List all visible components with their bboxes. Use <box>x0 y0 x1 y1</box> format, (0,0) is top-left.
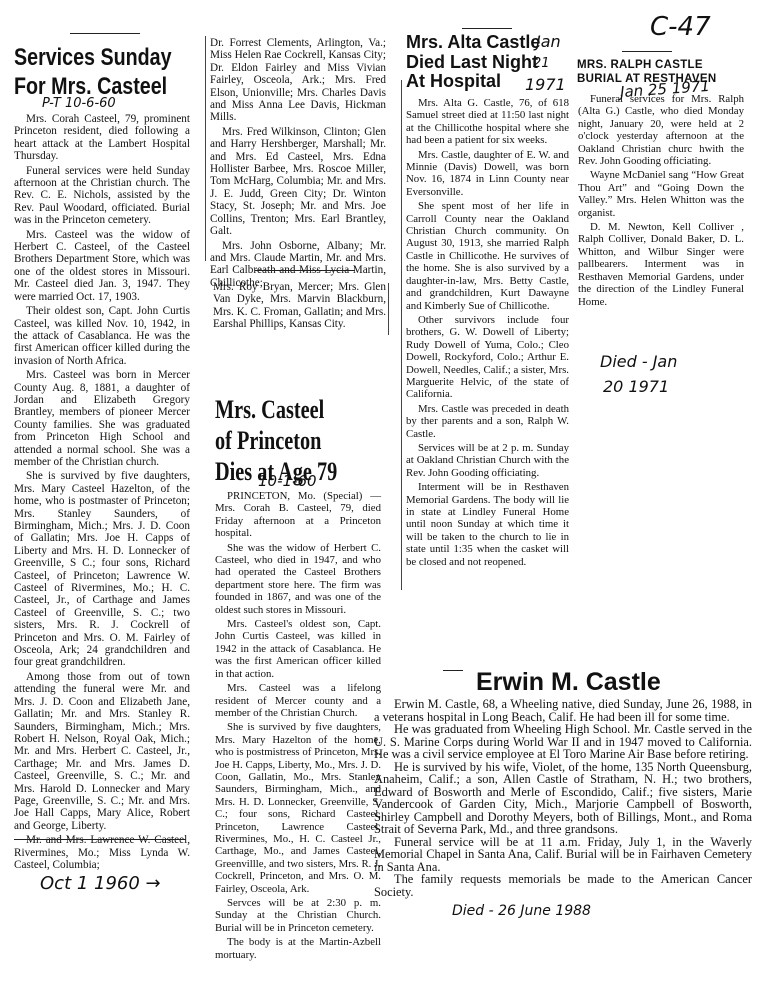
divider-rule <box>14 839 186 840</box>
article-body-erwin-castle: Erwin M. Castle, 68, a Wheeling native, … <box>374 698 752 898</box>
divider-rule <box>622 51 672 52</box>
paragraph: Mrs. Corah Casteel, 79, prominent Prince… <box>14 113 190 163</box>
page-label-handwritten: C-47 <box>650 12 711 42</box>
paragraph: Mrs. Alta G. Castle, 76, of 618 Samuel s… <box>406 97 569 147</box>
paragraph: D. M. Newton, Kell Colliver , Ralph Coll… <box>578 221 744 308</box>
article-body-services-sunday: Mrs. Corah Casteel, 79, prominent Prince… <box>14 113 190 871</box>
paragraph: She is survived by five daughters, Mrs. … <box>14 470 190 669</box>
paragraph: Mrs. Casteel's oldest son, Capt. John Cu… <box>215 618 381 680</box>
paragraph: Wayne McDaniel sang “How Great Thou Art”… <box>578 169 744 219</box>
paragraph: Funeral services were held Sunday aftern… <box>14 165 190 227</box>
paragraph: Interment will be in Resthaven Memorial … <box>406 481 569 568</box>
headline-services-sunday: Services Sunday For Mrs. Casteel <box>14 43 170 101</box>
article-body-final: Mrs. Roy Bryan, Mercer; Mrs. Glen Van Dy… <box>213 281 386 333</box>
paragraph: Mrs. Fred Wilkinson, Clinton; Glen and H… <box>210 126 386 238</box>
paragraph: Services will be at 2 p. m. Sunday at Oa… <box>406 442 569 479</box>
article-body-ralph-castle-burial: Funeral services for Mrs. Ralph (Alta G.… <box>578 93 744 310</box>
divider-rule <box>443 670 463 671</box>
handwritten-date: 10-1-60 <box>258 472 317 490</box>
paragraph: She was the widow of Herbert C. Casteel,… <box>215 542 381 616</box>
headline-line: At Hospital <box>406 72 540 92</box>
handwritten-death-note: 20 1971 <box>603 377 669 396</box>
paragraph: The body is at the Martin-Azbell mortuar… <box>215 936 381 961</box>
headline-line: of Princeton <box>215 425 337 456</box>
article-body-continued: Dr. Forrest Clements, Arlington, Va.; Mi… <box>210 37 386 291</box>
paragraph: Funeral service will be at 11 a.m. Frida… <box>374 836 752 874</box>
paragraph: Mrs. Castle was preceded in death by the… <box>406 403 569 440</box>
paragraph: He was graduated from Wheeling High Scho… <box>374 723 752 761</box>
handwritten-death-note: Died - Jan <box>600 352 677 371</box>
paragraph: Servces will be at 2:30 p. m. Sunday at … <box>215 897 381 934</box>
column-rule <box>401 80 402 590</box>
article-body-alta-castle: Mrs. Alta G. Castle, 76, of 618 Samuel s… <box>406 97 569 570</box>
paragraph: Mrs. Castle, daughter of E. W. and Minni… <box>406 149 569 199</box>
headline-line: Died Last Night <box>406 53 540 73</box>
paragraph: She is survived by five daughters, Mrs. … <box>215 721 381 895</box>
divider-rule <box>255 270 355 271</box>
handwritten-date: P-T 10-6-60 <box>42 96 116 111</box>
paragraph: Mrs. Casteel was born in Mercer County A… <box>14 369 190 468</box>
headline-erwin-castle: Erwin M. Castle <box>476 668 661 696</box>
paragraph: PRINCETON, Mo. (Special) — Mrs. Corah B.… <box>215 490 381 540</box>
article-body-dies-at-79: PRINCETON, Mo. (Special) — Mrs. Corah B.… <box>215 490 381 963</box>
headline-line: Mrs. Alta Castle <box>406 33 540 53</box>
paragraph: Mrs. Casteel was a lifelong resident of … <box>215 682 381 719</box>
paragraph: Mrs. Roy Bryan, Mercer; Mrs. Glen Van Dy… <box>213 281 386 331</box>
handwritten-date: 21 <box>533 56 550 71</box>
paragraph: Mrs. Casteel was the widow of Herbert C.… <box>14 229 190 303</box>
headline-line: Services Sunday <box>14 43 170 72</box>
paragraph: Erwin M. Castle, 68, a Wheeling native, … <box>374 698 752 723</box>
headline-alta-castle: Mrs. Alta Castle Died Last Night At Hosp… <box>406 33 540 92</box>
handwritten-death-note: Died - 26 June 1988 <box>452 903 591 919</box>
divider-rule <box>70 33 140 34</box>
column-rule <box>205 36 206 261</box>
paragraph: He is survived by his wife, Violet, of t… <box>374 761 752 836</box>
handwritten-date-note: Oct 1 1960 → <box>40 873 161 894</box>
handwritten-date: 1971 <box>525 75 566 94</box>
headline-line: Mrs. Casteel <box>215 394 337 425</box>
paragraph: Funeral services for Mrs. Ralph (Alta G.… <box>578 93 744 167</box>
paragraph: Among those from out of town attending t… <box>14 671 190 832</box>
headline-line: MRS. RALPH CASTLE <box>577 58 716 72</box>
paragraph: The family requests memorials be made to… <box>374 873 752 898</box>
column-rule <box>388 283 389 335</box>
paragraph: Dr. Forrest Clements, Arlington, Va.; Mi… <box>210 37 386 124</box>
paragraph: Other survivors include four brothers, G… <box>406 314 569 401</box>
handwritten-date: Jan <box>536 32 561 51</box>
paragraph: Their oldest son, Capt. John Curtis Cast… <box>14 305 190 367</box>
divider-rule <box>462 28 512 29</box>
paragraph: She spent most of her life in Carroll Co… <box>406 200 569 312</box>
